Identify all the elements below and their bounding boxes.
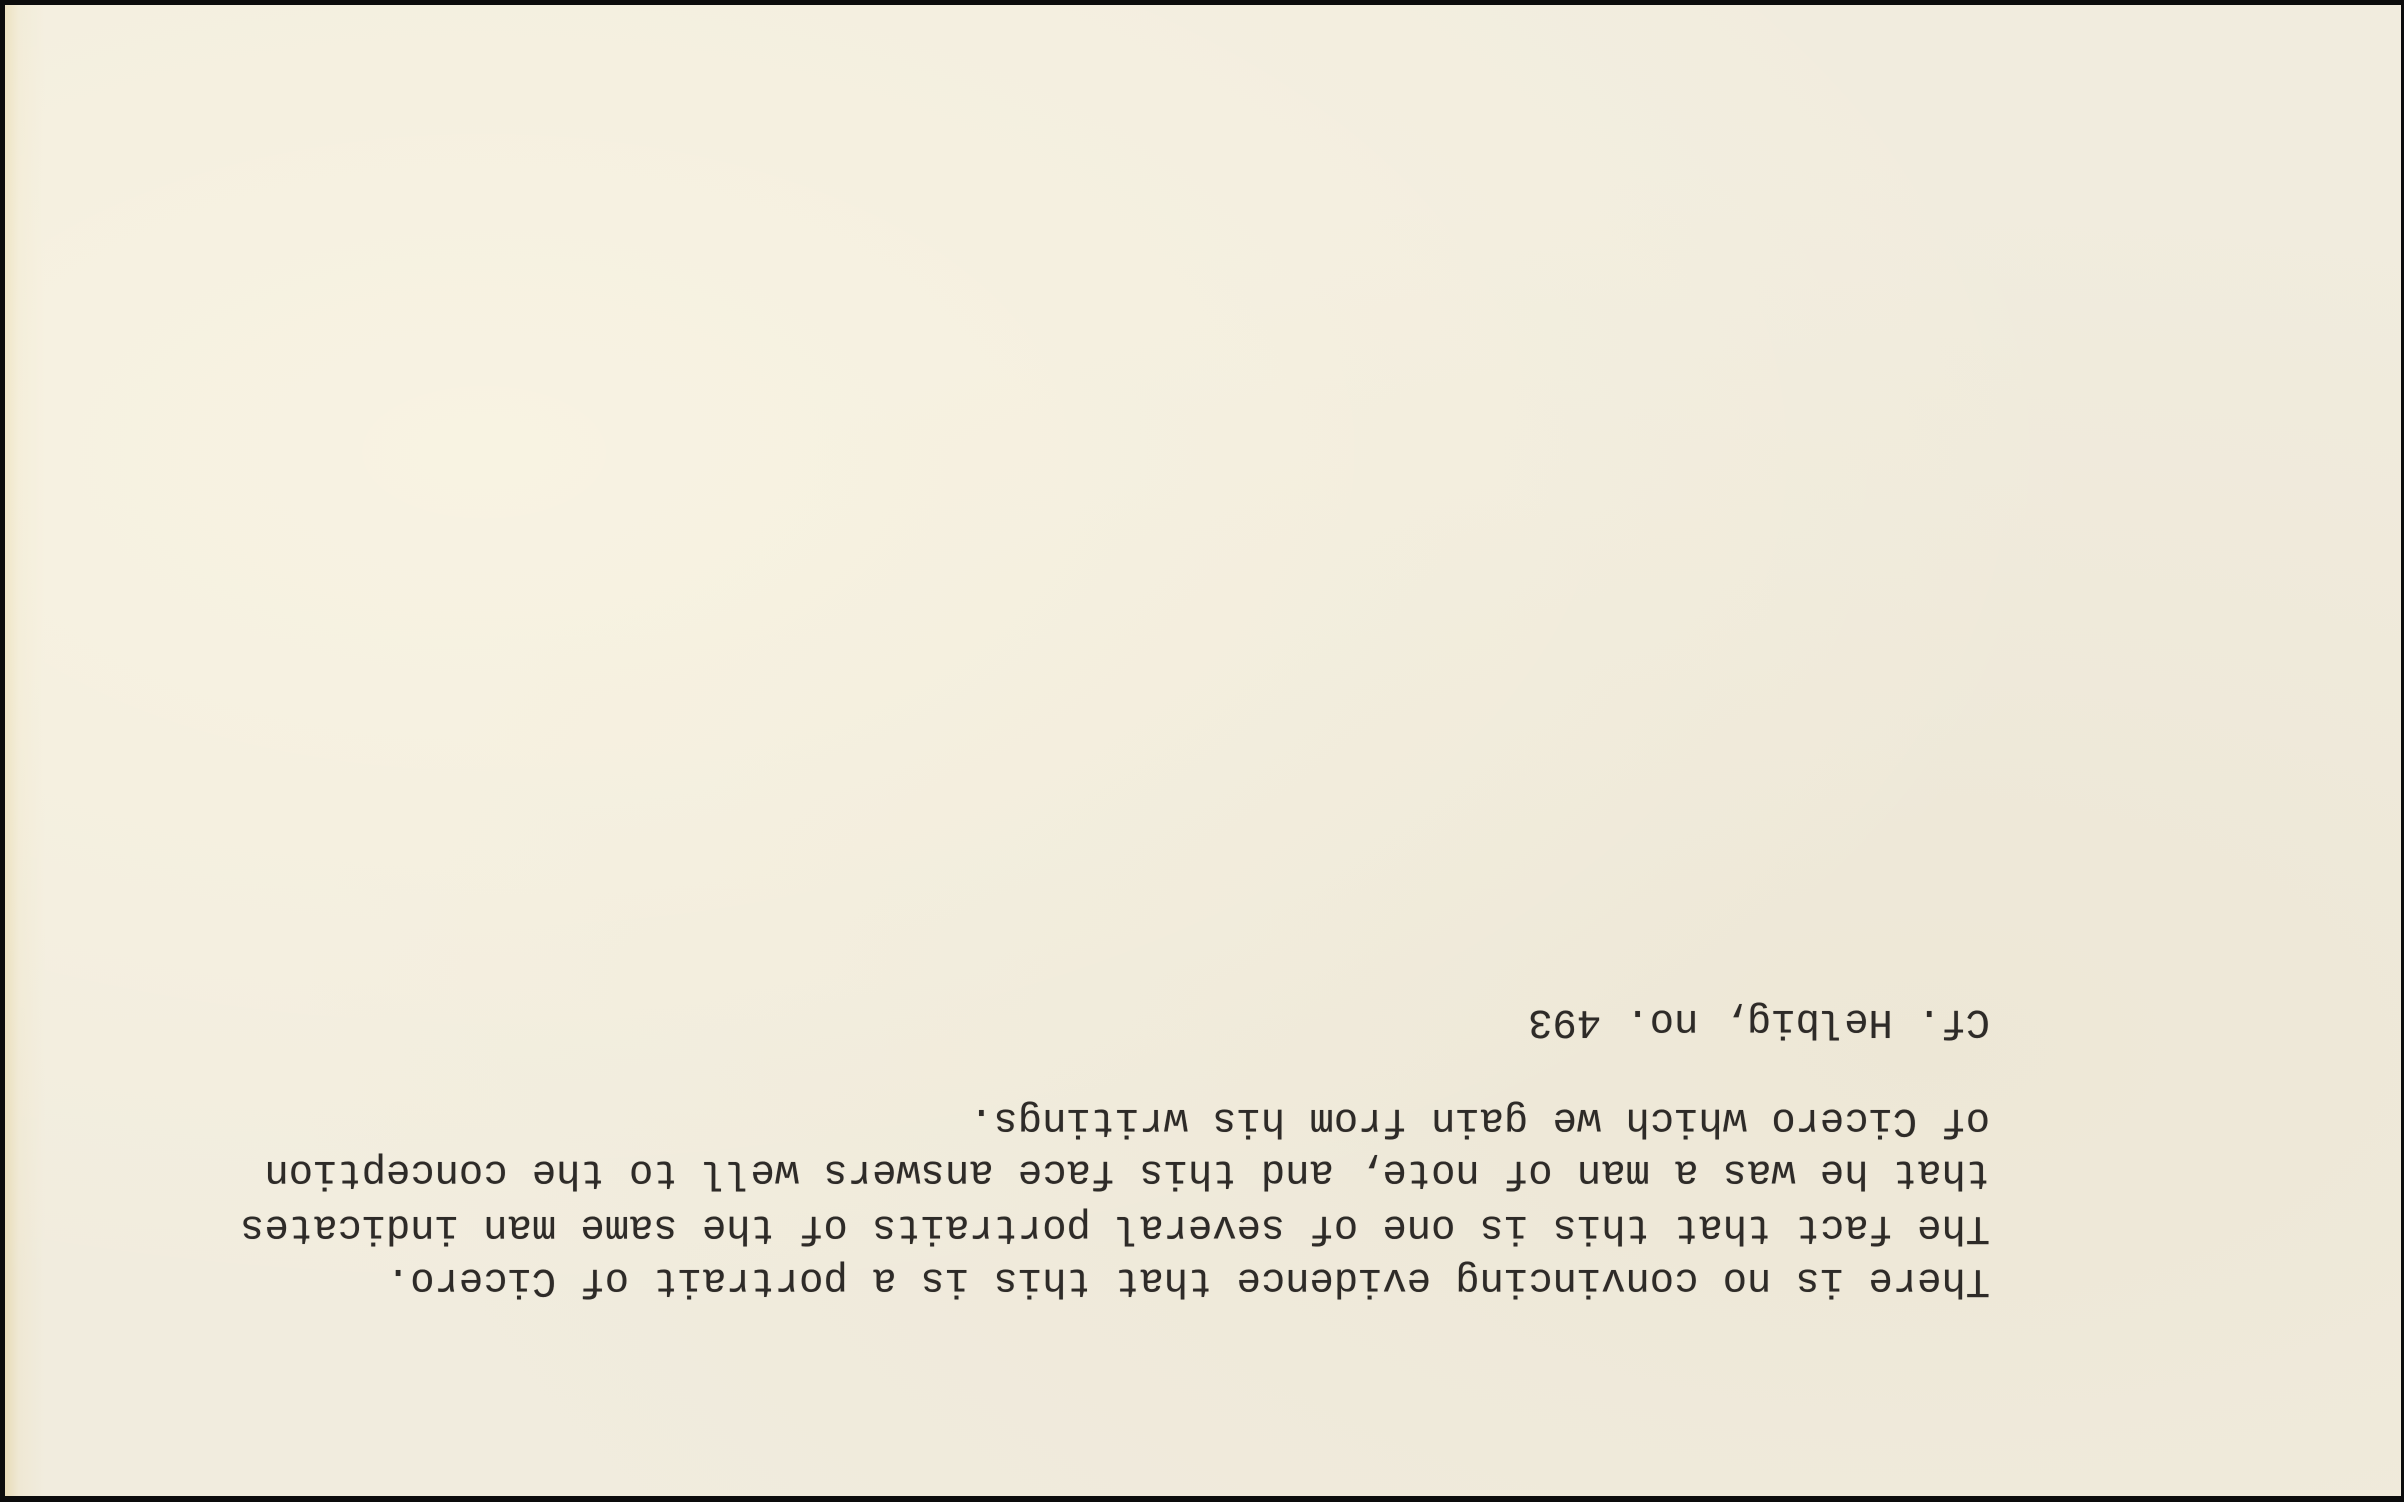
reference-line: Cf. Helbig, no. 493 [1528, 999, 1990, 1043]
body-line-1: There is no convincing evidence that thi… [386, 1258, 1990, 1302]
body-line-3: that he was a man of note, and this face… [264, 1150, 1990, 1194]
body-line-2: The fact that this is one of several por… [240, 1205, 1990, 1249]
rotated-typed-text: There is no convincing evidence that thi… [0, 0, 2404, 1502]
body-line-4: of Cicero which we gain from his writing… [969, 1098, 1990, 1142]
